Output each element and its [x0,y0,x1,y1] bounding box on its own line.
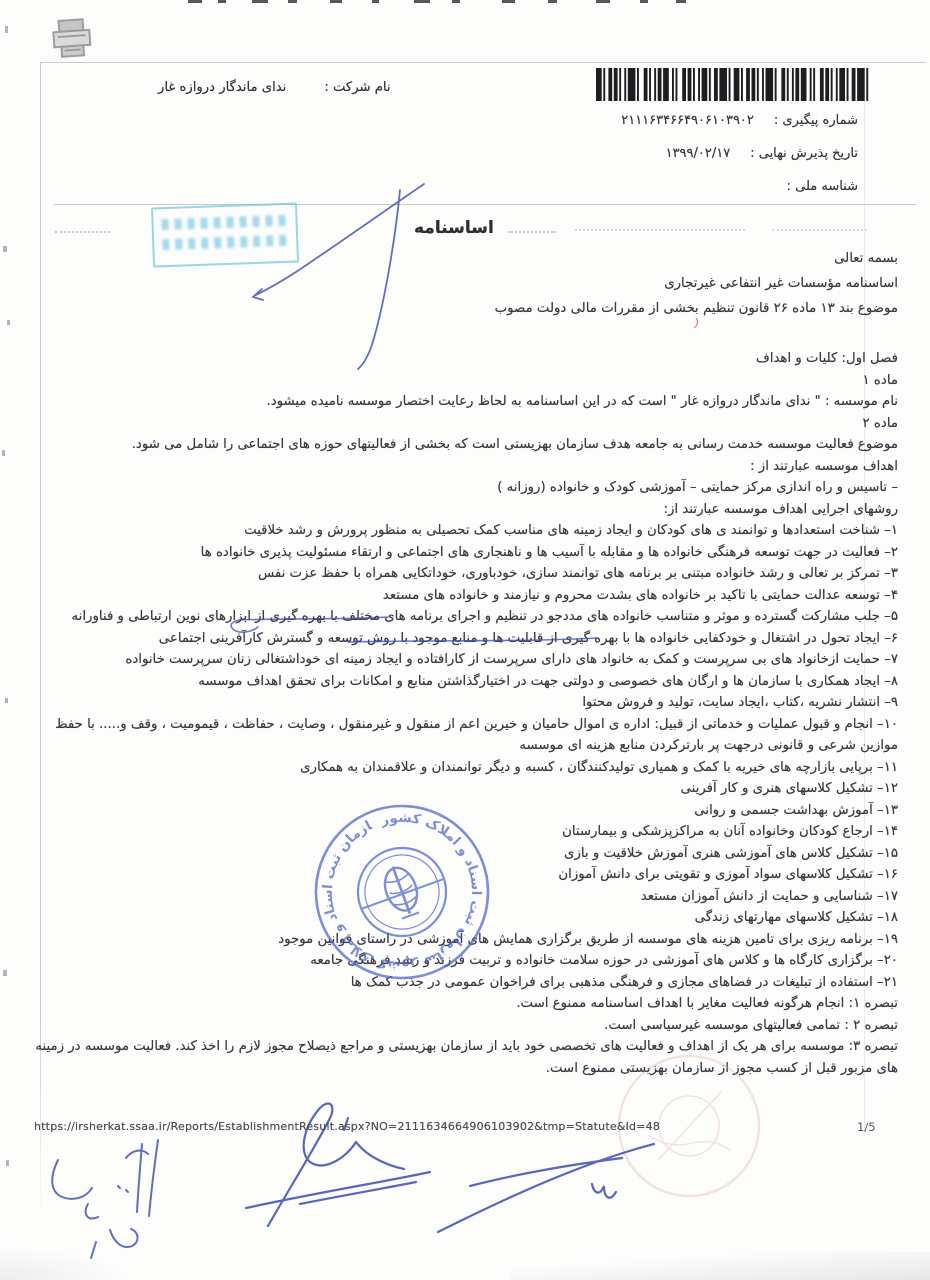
paper-edge-shadow [0,1246,130,1280]
method-item: ۱۴– ارجاع کودکان وخانواده آنان به مراکزپ… [26,821,898,843]
goal-item: – تاسیس و راه اندازی مرکز حمایتی – آموزش… [26,477,898,499]
method-item: ۱۹– برنامه ریزی برای تامین هزینه های موس… [26,929,898,951]
pen-signature-left [52,1140,158,1258]
faded-print-artifact [772,229,867,231]
tracking-number-value: ۲۱۱۱۶۳۴۶۶۴۹۰۶۱۰۳۹۰۲ [621,111,754,130]
final-acceptance-date-row: تاریخ پذیرش نهایی : ۱۳۹۹/۰۲/۱۷ [621,144,858,163]
statute-body: بسمه تعالی اساسنامه مؤسسات غیر انتفاعی غ… [26,246,898,1079]
note-item: تبصره ۲ : تمامی فعالیتهای موسسه غیرسیاسی… [26,1015,898,1037]
method-item: ۱۰– انجام و قبول عملیات و خدماتی از قبیل… [26,714,898,757]
company-name-row: نام شرکت : ندای ماندگار دروازه غار [158,80,391,95]
method-item: ۸– ایجاد همکاری با سازمان ها و ارگان های… [26,671,898,693]
method-item: ۹– انتشار نشریه ،کتاب ،ایجاد سایت، تولید… [26,692,898,714]
method-item: ۱۶– تشکیل کلاسهای سواد آموزی و تقویتی بر… [26,864,898,886]
method-item: ۲۱– استفاده از تبلیغات در فضاهای مجازی و… [26,972,898,994]
article-2-label: ماده ۲ [26,413,898,435]
article-1-text: نام موسسه : " ندای ماندگار دروازه غار " … [26,391,898,413]
article-1-label: ماده ۱ [26,370,898,392]
note-item: تبصره ۱: انجام هرگونه فعالیت مغایر با اه… [26,993,898,1015]
method-item: ۲– فعالیت در جهت توسعه فرهنگی خانواده ها… [26,542,898,564]
method-item: ۱۳– آموزش بهداشت جسمی و روانی [26,800,898,822]
method-item: ۱۱– برپایی بازارچه های خیریه با کمک و هم… [26,757,898,779]
methods-heading: روشهای اجرایی اهداف موسسه عبارتند از: [26,499,898,521]
paper-edge-shadow [510,1252,930,1280]
page-indicator: 1/5 [857,1120,876,1134]
chapter-one-heading: فصل اول: کلیات و اهداف [26,348,898,370]
method-item: ۵– جلب مشارکت گسترده و موثر و متناسب خان… [26,606,898,628]
faded-print-artifact [575,229,745,231]
method-item: ۱– شناخت استعدادها و توانمند ی های کودکا… [26,520,898,542]
statute-title: اساسنامه [414,218,494,238]
header-meta: شماره پیگیری : ۲۱۱۱۶۳۴۶۶۴۹۰۶۱۰۳۹۰۲ تاریخ… [621,111,858,210]
national-id-row: شناسه ملی : [621,177,858,196]
statute-subtitle: اساسنامه مؤسسات غیر انتفاعی غیرتجاری [26,271,898,296]
page-frame-top [40,62,926,63]
method-item: ۷– حمایت ازخانواد های بی سرپرست و کمک به… [26,649,898,671]
faded-print-artifact [55,231,110,233]
article-2-text: موضوع فعالیت موسسه خدمت رسانی به جامعه ه… [26,434,898,456]
barcode [596,68,880,102]
faded-print-artifact [508,231,556,233]
method-item: ۶– ایجاد تحول در اشتغال و خودکفایی خانوا… [26,628,898,650]
national-id-label: شناسه ملی : [787,177,858,196]
tracking-number-row: شماره پیگیری : ۲۱۱۱۶۳۴۶۶۴۹۰۶۱۰۳۹۰۲ [621,111,858,130]
goals-heading: اهداف موسسه عبارتند از : [26,456,898,478]
method-item: ۱۵– تشکیل کلاس های آموزشی هنری آموزش خلا… [26,843,898,865]
method-item: ۲۰– برگزاری کارگاه ها و کلاس های آموزشی … [26,950,898,972]
method-item: ۳– تمرکز بر تعالی و رشد خانواده مبتنی بر… [26,563,898,585]
final-acceptance-date-value: ۱۳۹۹/۰۲/۱۷ [666,144,731,163]
company-name-value: ندای ماندگار دروازه غار [158,80,286,95]
printer-icon [46,14,99,67]
method-item: ۱۸– تشکیل کلاسهای مهارتهای زندگی [26,907,898,929]
final-acceptance-date-label: تاریخ پذیرش نهایی : [750,144,858,163]
note-item: تبصره ۳: موسسه برای هر یک از اهداف و فعا… [26,1036,898,1079]
tracking-number-label: شماره پیگیری : [774,111,858,130]
footer-url: https://irsherkat.ssaa.ir/Reports/Establ… [34,1120,660,1133]
company-name-label: نام شرکت : [324,80,390,95]
method-item: ۱۲– تشکیل کلاسهای هنری و کار آفرینی [26,778,898,800]
scanned-statute-page: نام شرکت : ندای ماندگار دروازه غار شماره… [0,0,930,1280]
statute-subject: موضوع بند ۱۳ ماده ۲۶ قانون تنظیم بخشی از… [26,296,898,321]
stamp-smear [161,215,287,230]
besmellah-line: بسمه تعالی [26,246,898,271]
method-item: ۱۷– شناسایی و حمایت از دانش آموزان مستعد [26,886,898,908]
method-item: ۴– توسعه عدالت حمایتی با تاکید بر خانواد… [26,585,898,607]
